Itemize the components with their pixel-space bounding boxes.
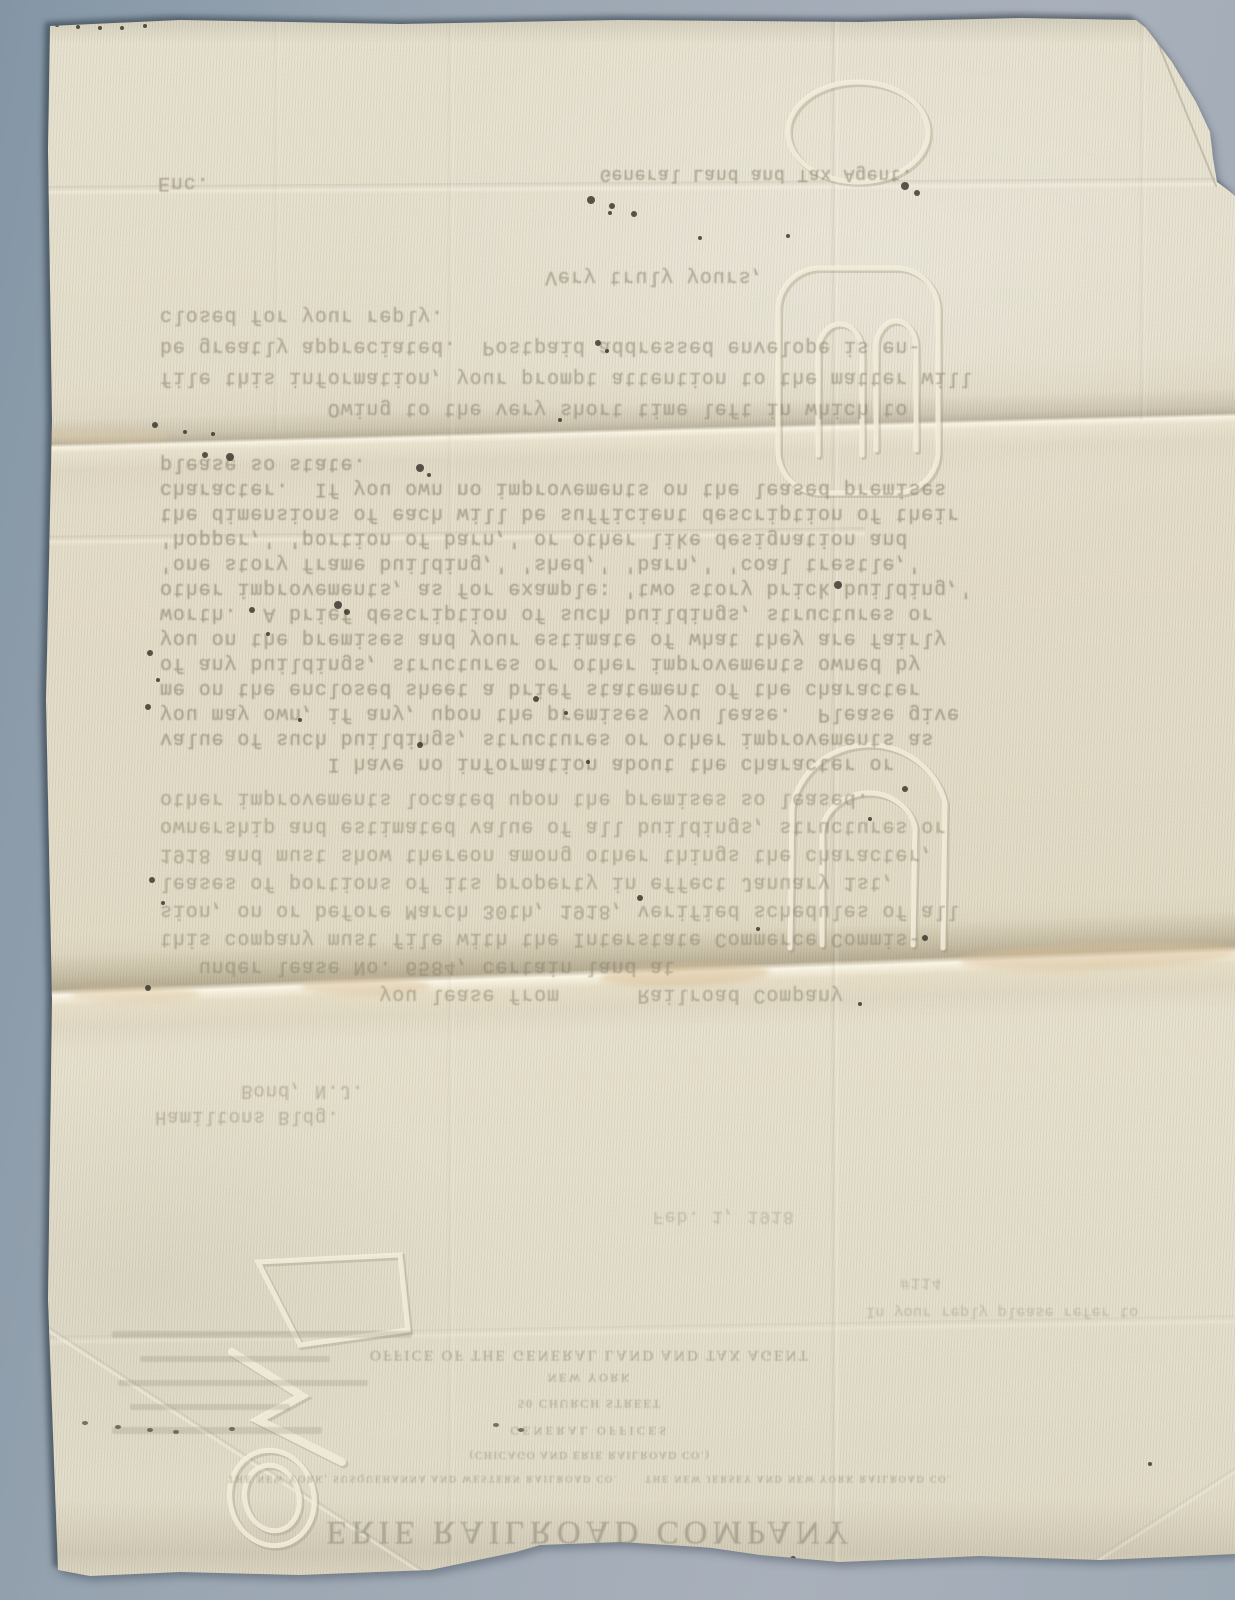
typed-line: closed for your reply. xyxy=(160,300,973,331)
typed-line: file this information, your prompt atten… xyxy=(160,362,973,393)
typed-line: 'hopper,' 'portion of barn,' or other li… xyxy=(160,526,973,551)
letter-sheet-wrap: ERIE RAILROAD COMPANY THE NEW YORK, SUSQ… xyxy=(0,0,1235,1600)
refer-line: In your reply please refer to xyxy=(866,1303,1139,1320)
typed-line: this company must file with the Intersta… xyxy=(160,924,960,952)
typed-line: value of such buildings, structures or o… xyxy=(160,726,973,751)
typed-line: under lease No. 6584, certain land at xyxy=(160,952,960,980)
closing-line: Very truly yours, xyxy=(545,265,764,288)
letterhead-left-column-line xyxy=(118,1380,368,1386)
typed-line: ownership and estimated value of all bui… xyxy=(160,812,960,840)
typed-line: 'one story frame building,' 'shed,' 'bar… xyxy=(160,551,973,576)
typed-line: be greatly appreciated. Postpaid address… xyxy=(160,331,973,362)
address-block: Hamiltons Bldg. Bond, N.J. xyxy=(155,1078,364,1130)
letterhead-chicago-line: (CHICAGO AND ERIE RAILROAD CO.) xyxy=(12,1449,1168,1461)
letterhead-left-column-line xyxy=(130,1404,290,1410)
typed-line: Owing to the very short time left in whi… xyxy=(160,393,973,424)
typed-line: you on the premises and your estimate of… xyxy=(160,626,973,651)
letterhead-left-column-line xyxy=(112,1331,412,1338)
signature-title: General Land and Tax Agent. xyxy=(600,164,913,184)
body-paragraph-1: you lease from Railroad Company under le… xyxy=(160,784,960,1008)
typed-line: me on the enclosed sheet a brief stateme… xyxy=(160,676,973,701)
photo-background: ERIE RAILROAD COMPANY THE NEW YORK, SUSQ… xyxy=(0,0,1235,1600)
typed-line: I have no information about the characte… xyxy=(160,751,973,776)
refer-file-number: #114 xyxy=(900,1274,942,1292)
letter-sheet-verso: ERIE RAILROAD COMPANY THE NEW YORK, SUSQ… xyxy=(0,0,1235,1600)
typed-line: Hamiltons Bldg. xyxy=(155,1104,364,1130)
letterhead-left-column-line xyxy=(140,1356,330,1362)
typed-line: you lease from Railroad Company xyxy=(160,980,960,1008)
typed-line: of any buildings, structures or other im… xyxy=(160,651,973,676)
typed-line: other improvements located upon the prem… xyxy=(160,784,960,812)
typed-line: other improvements, as for example: 'two… xyxy=(160,576,973,601)
typed-line: 1918 and must show thereon among other t… xyxy=(160,840,960,868)
body-paragraph-2: I have no information about the characte… xyxy=(160,451,973,776)
typed-line: the dimensions of each will be sufficien… xyxy=(160,501,973,526)
typed-line: worth. A brief description of such build… xyxy=(160,601,973,626)
letterhead-left-column-line xyxy=(112,1427,322,1434)
body-paragraph-3: Owing to the very short time left in whi… xyxy=(160,300,973,424)
letterhead-operating-line: THE NEW YORK, SUSQUEHANNA AND WESTERN RA… xyxy=(12,1473,1168,1483)
typed-line: Bond, N.J. xyxy=(155,1078,364,1104)
typed-line: leases of portions of its property in ef… xyxy=(160,868,960,896)
typed-line: you may own, if any, upon the premises y… xyxy=(160,701,973,726)
letterhead-company-name: ERIE RAILROAD COMPANY xyxy=(12,1513,1168,1550)
typed-line: sion, on or before March 30th, 1918, ver… xyxy=(160,896,960,924)
typed-line: please so state. xyxy=(160,451,973,476)
typed-line: character. If you own no improvements on… xyxy=(160,476,973,501)
show-through-letter: ERIE RAILROAD COMPANY THE NEW YORK, SUSQ… xyxy=(0,0,1235,1600)
date-line: Feb. 1, 1918 xyxy=(653,1206,795,1226)
enclosure-note: Enc. xyxy=(158,171,210,194)
